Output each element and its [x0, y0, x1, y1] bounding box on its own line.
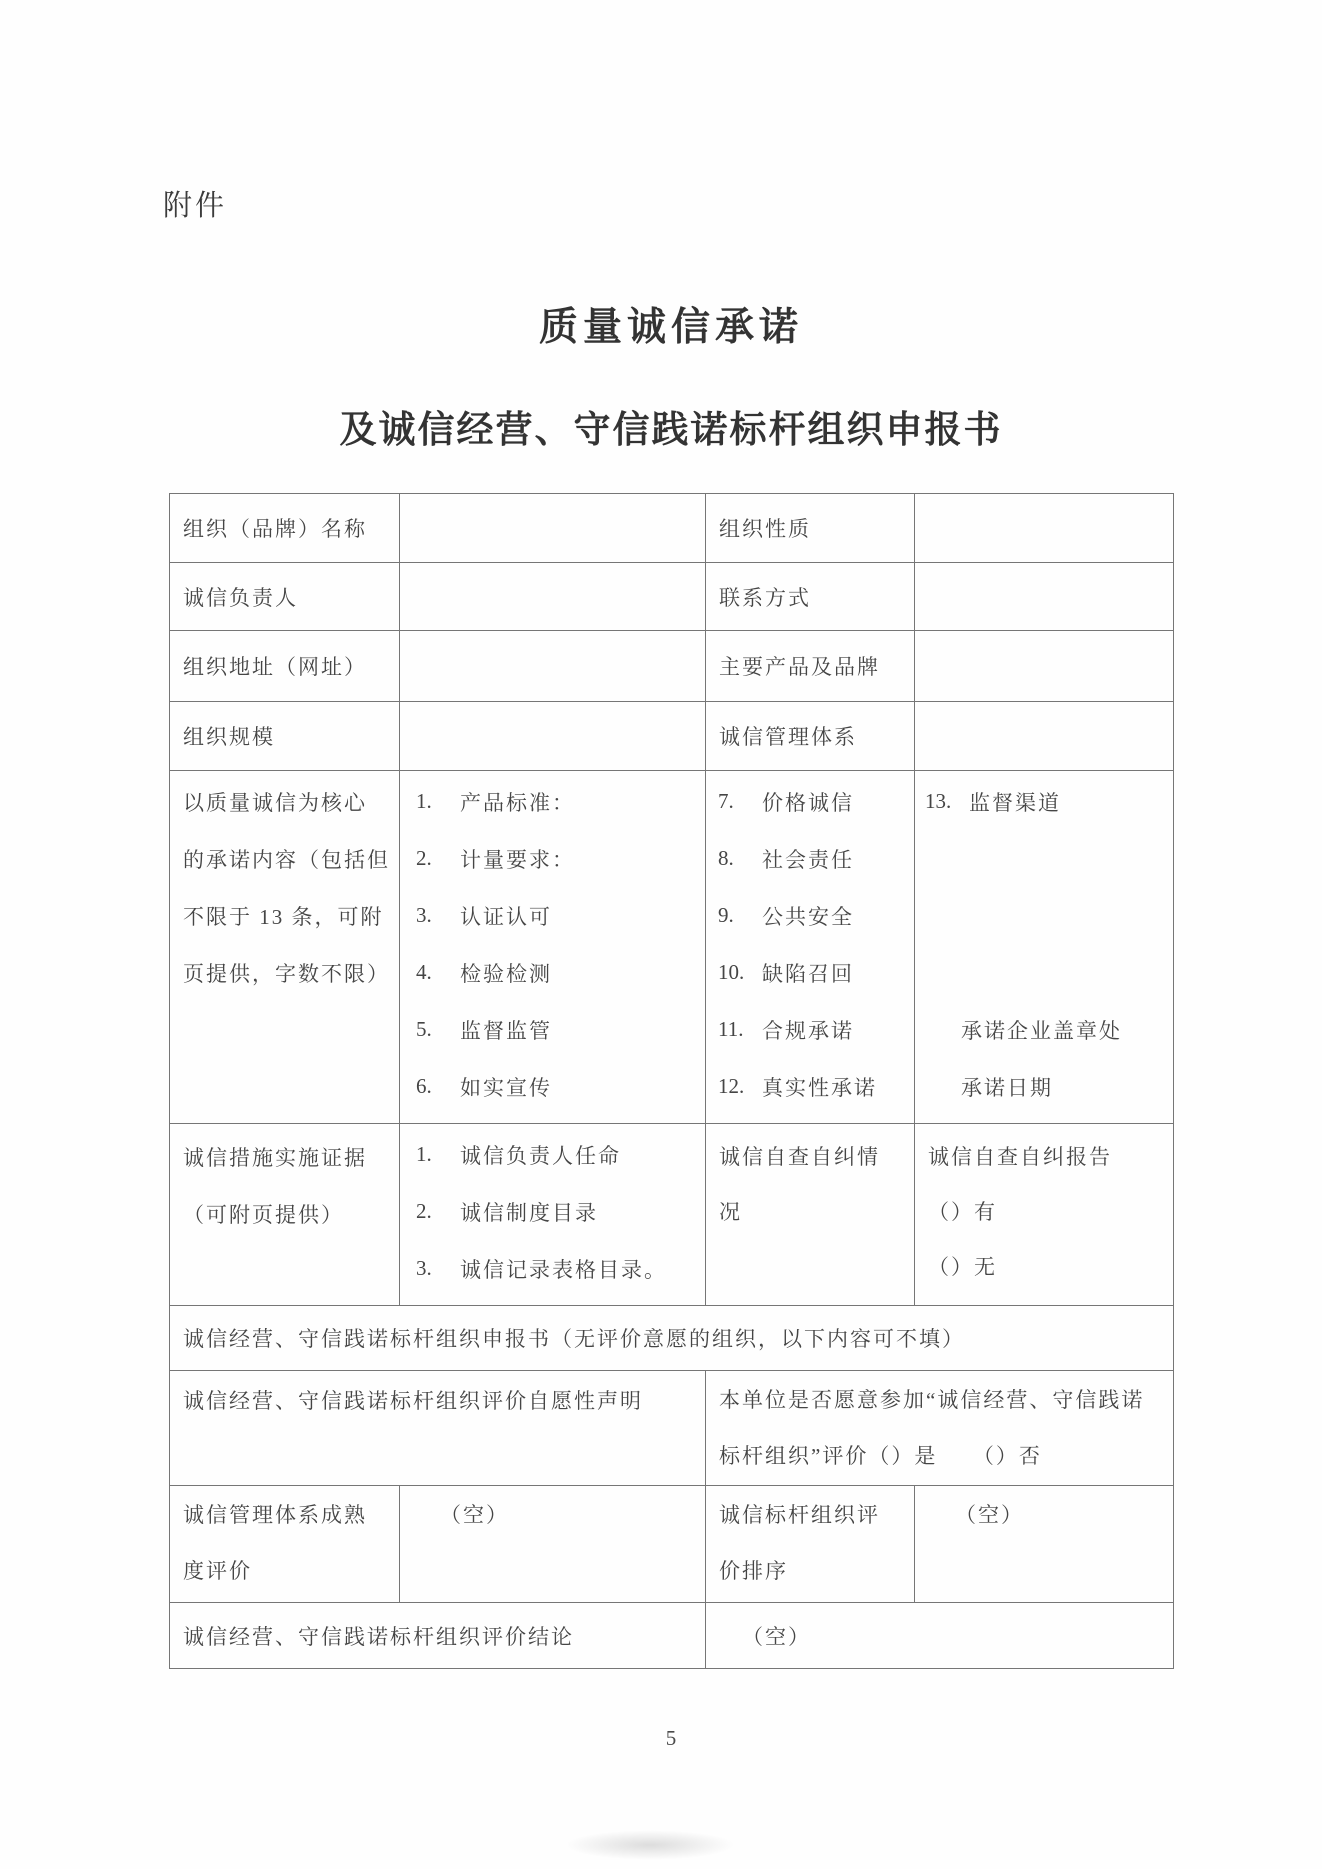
- commitment-items-7-12: 7.价格诚信 8.社会责任 9.公共安全 10.缺陷召回 11.合规承诺 12.…: [706, 771, 915, 1124]
- conclusion-value: （空）: [706, 1603, 1174, 1669]
- org-scale-label: 组织规模: [170, 702, 400, 771]
- list-item: 2.计量要求：: [416, 830, 705, 887]
- application-form-table: 组织（品牌）名称 组织性质 诚信负责人 联系方式 组织地址（网址） 主要产品及品…: [169, 493, 1174, 1669]
- scan-artifact: [565, 1830, 735, 1860]
- org-address-label: 组织地址（网址）: [170, 631, 400, 702]
- maturity-eval-label: 诚信管理体系成熟 度评价: [170, 1486, 400, 1603]
- integrity-manager-value: [400, 563, 706, 631]
- document-title-line1: 质量诚信承诺: [169, 296, 1173, 352]
- self-check-report-cell: 诚信自查自纠报告 （）有 （）无: [915, 1124, 1174, 1306]
- list-item: 12.真实性承诺: [718, 1058, 914, 1115]
- list-item: 8.社会责任: [718, 830, 914, 887]
- list-item: 7.价格诚信: [718, 773, 914, 830]
- main-products-value: [915, 631, 1174, 702]
- list-item: 13.监督渠道: [925, 773, 1173, 830]
- list-item: 4.检验检测: [416, 944, 705, 1001]
- org-address-value: [400, 631, 706, 702]
- evidence-items: 1.诚信负责人任命 2.诚信制度目录 3.诚信记录表格目录。: [400, 1124, 706, 1306]
- integrity-manager-label: 诚信负责人: [170, 563, 400, 631]
- contact-method-value: [915, 563, 1174, 631]
- list-item: 6.如实宣传: [416, 1058, 705, 1115]
- commitment-items-1-6: 1.产品标准： 2.计量要求： 3.认证认可 4.检验检测 5.监督监管 6.如…: [400, 771, 706, 1124]
- commitment-content-label: 以质量诚信为核心 的承诺内容（包括但 不限于 13 条，可附 页提供，字数不限）: [170, 771, 400, 1124]
- option-no: （）无: [928, 1238, 1173, 1293]
- stamp-area-label: 承诺企业盖章处: [925, 1001, 1173, 1058]
- list-item: 9.公共安全: [718, 887, 914, 944]
- commitment-date-label: 承诺日期: [925, 1058, 1173, 1115]
- option-yes: （）有: [928, 1183, 1173, 1238]
- page-number: 5: [169, 1726, 1173, 1751]
- conclusion-label: 诚信经营、守信践诺标杆组织评价结论: [170, 1603, 706, 1669]
- self-check-report-label: 诚信自查自纠报告: [928, 1128, 1173, 1183]
- list-item: 2.诚信制度目录: [416, 1183, 705, 1240]
- benchmark-ranking-value: （空）: [915, 1486, 1174, 1603]
- benchmark-ranking-label: 诚信标杆组织评 价排序: [706, 1486, 915, 1603]
- maturity-eval-value: （空）: [400, 1486, 706, 1603]
- contact-method-label: 联系方式: [706, 563, 915, 631]
- list-item: 5.监督监管: [416, 1001, 705, 1058]
- participation-question: 本单位是否愿意参加“诚信经营、守信践诺 标杆组织”评价（）是 （）否: [706, 1371, 1174, 1486]
- list-item: 10.缺陷召回: [718, 944, 914, 1001]
- org-nature-label: 组织性质: [706, 494, 915, 563]
- list-item: 1.诚信负责人任命: [416, 1126, 705, 1183]
- supervision-and-stamp-cell: 13.监督渠道 承诺企业盖章处 承诺日期: [915, 771, 1174, 1124]
- self-check-label: 诚信自查自纠情 况: [706, 1124, 915, 1306]
- list-item: 1.产品标准：: [416, 773, 705, 830]
- integrity-system-value: [915, 702, 1174, 771]
- integrity-system-label: 诚信管理体系: [706, 702, 915, 771]
- list-item: 11.合规承诺: [718, 1001, 914, 1058]
- attachment-label: 附件: [163, 183, 227, 224]
- voluntary-declaration-label: 诚信经营、守信践诺标杆组织评价自愿性声明: [170, 1371, 706, 1486]
- list-item: 3.认证认可: [416, 887, 705, 944]
- org-scale-value: [400, 702, 706, 771]
- org-brand-name-label: 组织（品牌）名称: [170, 494, 400, 563]
- document-title-line2: 及诚信经营、守信践诺标杆组织申报书: [149, 399, 1193, 453]
- org-brand-name-value: [400, 494, 706, 563]
- org-nature-value: [915, 494, 1174, 563]
- section-note: 诚信经营、守信践诺标杆组织申报书（无评价意愿的组织，以下内容可不填）: [170, 1306, 1174, 1371]
- evidence-label: 诚信措施实施证据 （可附页提供）: [170, 1124, 400, 1306]
- list-item: 3.诚信记录表格目录。: [416, 1240, 705, 1297]
- main-products-label: 主要产品及品牌: [706, 631, 915, 702]
